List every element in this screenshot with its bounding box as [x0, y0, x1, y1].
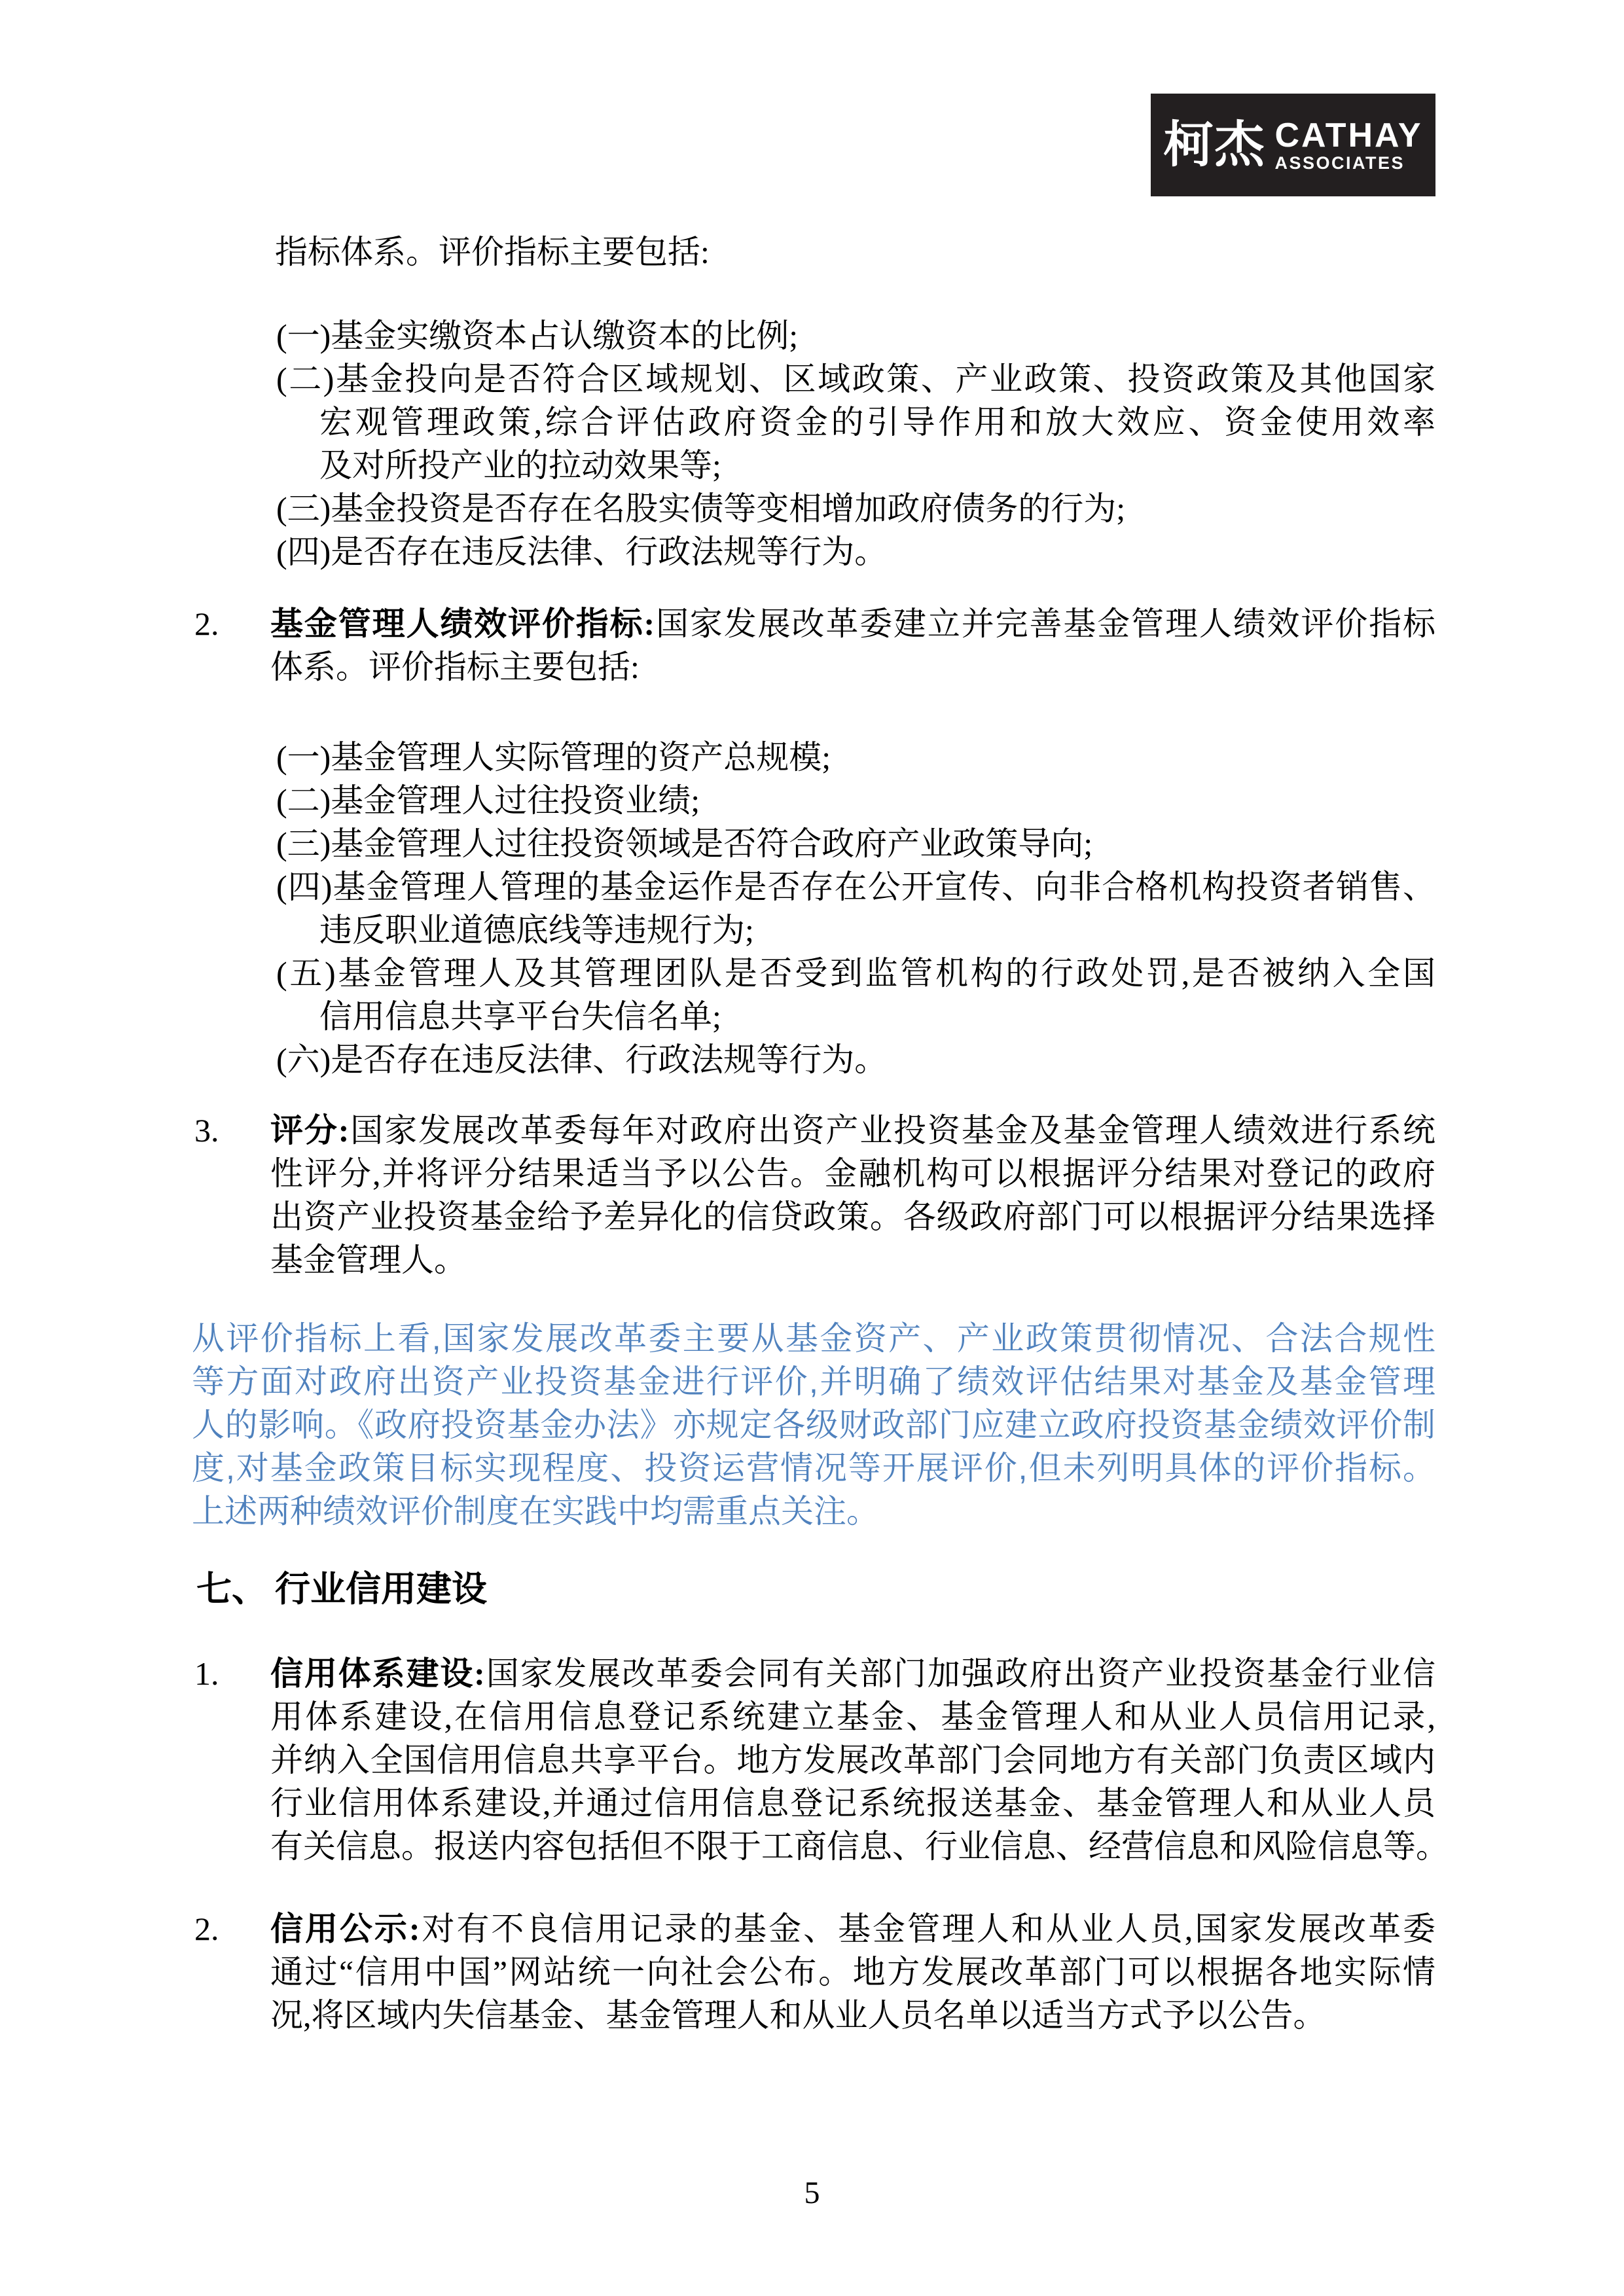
text-line: 基金管理人。	[192, 1238, 1435, 1282]
text-line: 信用公示:对有不良信用记录的基金、基金管理人和从业人员,国家发展改革委	[192, 1907, 1435, 1950]
sub-list-item: (三)基金管理人过往投资领域是否符合政府产业政策导向;	[192, 822, 1435, 865]
commentary-line: 度,对基金政策目标实现程度、投资运营情况等开展评价,但未列明具体的评价指标。	[192, 1446, 1435, 1490]
sub-list-item: (三)基金投资是否存在名股实债等变相增加政府债务的行为;	[192, 487, 1435, 530]
sub-list-item: (二)基金投向是否符合区域规划、区域政策、产业政策、投资政策及其他国家	[192, 357, 1435, 401]
sub-list-item: (二)基金管理人过往投资业绩;	[192, 779, 1435, 822]
commentary-paragraph: 从评价指标上看,国家发展改革委主要从基金资产、产业政策贯彻情况、合法合规性 等方…	[192, 1317, 1435, 1533]
logo-english-name: CATHAY ASSOCIATES	[1274, 118, 1422, 172]
section-heading-industry-credit: 七、行业信用建设	[192, 1568, 1435, 1611]
list-item-credit-disclosure: 2. 信用公示:对有不良信用记录的基金、基金管理人和从业人员,国家发展改革委 通…	[192, 1907, 1435, 2037]
sub-list-item: (四)基金管理人管理的基金运作是否存在公开宣传、向非合格机构投资者销售、	[192, 865, 1435, 908]
bold-label: 信用公示:	[270, 1910, 420, 1947]
text-line: 用体系建设,在信用信息登记系统建立基金、基金管理人和从业人员信用记录,	[192, 1695, 1435, 1738]
text-line: 性评分,并将评分结果适当予以公告。金融机构可以根据评分结果对登记的政府	[192, 1152, 1435, 1195]
text-run: 国家发展改革委建立并完善基金管理人绩效评价指标	[655, 605, 1435, 642]
sub-list-item-wrap: 信用信息共享平台失信名单;	[192, 995, 1435, 1038]
page-number: 5	[0, 2172, 1624, 2215]
sub-list-item: (一)基金实缴资本占认缴资本的比例;	[192, 314, 1435, 357]
list-number: 2.	[194, 1907, 219, 1950]
list-item-manager-indicators: 2. 基金管理人绩效评价指标:国家发展改革委建立并完善基金管理人绩效评价指标 体…	[192, 602, 1435, 689]
text-line: 有关信息。报送内容包括但不限于工商信息、行业信息、经营信息和风险信息等。	[192, 1825, 1435, 1868]
sub-list-item-wrap: 宏观管理政策,综合评估政府资金的引导作用和放大效应、资金使用效率	[192, 401, 1435, 444]
bold-label: 基金管理人绩效评价指标:	[270, 605, 655, 642]
logo-cathay-text: CATHAY	[1274, 118, 1422, 152]
commentary-line: 等方面对政府出资产业投资基金进行评价,并明确了绩效评估结果对基金及基金管理	[192, 1360, 1435, 1403]
text-line: 并纳入全国信用信息共享平台。地方发展改革部门会同地方有关部门负责区域内	[192, 1738, 1435, 1782]
list-item-scoring: 3. 评分:国家发展改革委每年对政府出资产业投资基金及基金管理人绩效进行系统 性…	[192, 1109, 1435, 1282]
sub-list-item: (四)是否存在违反法律、行政法规等行为。	[192, 530, 1435, 573]
sub-list-item: (五)基金管理人及其管理团队是否受到监管机构的行政处罚,是否被纳入全国	[192, 952, 1435, 995]
text-line: 指标体系。评价指标主要包括:	[192, 230, 1435, 274]
text-line: 出资产业投资基金给予差异化的信贷政策。各级政府部门可以根据评分结果选择	[192, 1195, 1435, 1238]
sub-list-item-wrap: 及对所投产业的拉动效果等;	[192, 444, 1435, 487]
section-title: 行业信用建设	[275, 1570, 487, 1609]
text-line: 况,将区域内失信基金、基金管理人和从业人员名单以适当方式予以公告。	[192, 1994, 1435, 2037]
commentary-line: 从评价指标上看,国家发展改革委主要从基金资产、产业政策贯彻情况、合法合规性	[192, 1317, 1435, 1360]
commentary-line: 人的影响。《政府投资基金办法》亦规定各级财政部门应建立政府投资基金绩效评价制	[192, 1403, 1435, 1446]
sub-list-item: (六)是否存在违反法律、行政法规等行为。	[192, 1038, 1435, 1081]
document-page: 柯杰 CATHAY ASSOCIATES 指标体系。评价指标主要包括: (一)基…	[0, 0, 1624, 2296]
company-logo: 柯杰 CATHAY ASSOCIATES	[1151, 94, 1435, 196]
bold-label: 评分:	[270, 1112, 349, 1149]
section-heading: 七、行业信用建设	[192, 1568, 1435, 1611]
text-line: 评分:国家发展改革委每年对政府出资产业投资基金及基金管理人绩效进行系统	[192, 1109, 1435, 1152]
text-line: 基金管理人绩效评价指标:国家发展改革委建立并完善基金管理人绩效评价指标	[192, 602, 1435, 645]
sub-list-item-wrap: 违反职业道德底线等违规行为;	[192, 908, 1435, 952]
sub-list-fund-indicators: (一)基金实缴资本占认缴资本的比例; (二)基金投向是否符合区域规划、区域政策、…	[192, 314, 1435, 573]
text-run: 对有不良信用记录的基金、基金管理人和从业人员,国家发展改革委	[420, 1910, 1435, 1947]
text-run: 国家发展改革委每年对政府出资产业投资基金及基金管理人绩效进行系统	[349, 1112, 1435, 1149]
bold-label: 信用体系建设:	[270, 1655, 485, 1692]
list-number: 2.	[194, 602, 219, 645]
text-line: 信用体系建设:国家发展改革委会同有关部门加强政府出资产业投资基金行业信	[192, 1652, 1435, 1695]
logo-associates-text: ASSOCIATES	[1274, 154, 1405, 172]
text-run: 国家发展改革委会同有关部门加强政府出资产业投资基金行业信	[485, 1655, 1435, 1692]
text-line: 体系。评价指标主要包括:	[192, 645, 1435, 689]
list-item-credit-system: 1. 信用体系建设:国家发展改革委会同有关部门加强政府出资产业投资基金行业信 用…	[192, 1652, 1435, 1868]
sub-list-item: (一)基金管理人实际管理的资产总规模;	[192, 736, 1435, 779]
text-line: 通过“信用中国”网站统一向社会公布。地方发展改革部门可以根据各地实际情	[192, 1950, 1435, 1994]
sub-list-manager-indicators: (一)基金管理人实际管理的资产总规模; (二)基金管理人过往投资业绩; (三)基…	[192, 736, 1435, 1081]
commentary-line: 上述两种绩效评价制度在实践中均需重点关注。	[192, 1490, 1435, 1533]
text-line: 行业信用体系建设,并通过信用信息登记系统报送基金、基金管理人和从业人员	[192, 1782, 1435, 1825]
list-number: 1.	[194, 1652, 219, 1695]
paragraph-continuation: 指标体系。评价指标主要包括:	[192, 230, 1435, 274]
logo-chinese-name: 柯杰	[1163, 120, 1265, 170]
list-number: 3.	[194, 1109, 219, 1152]
section-number: 七、	[196, 1570, 267, 1609]
